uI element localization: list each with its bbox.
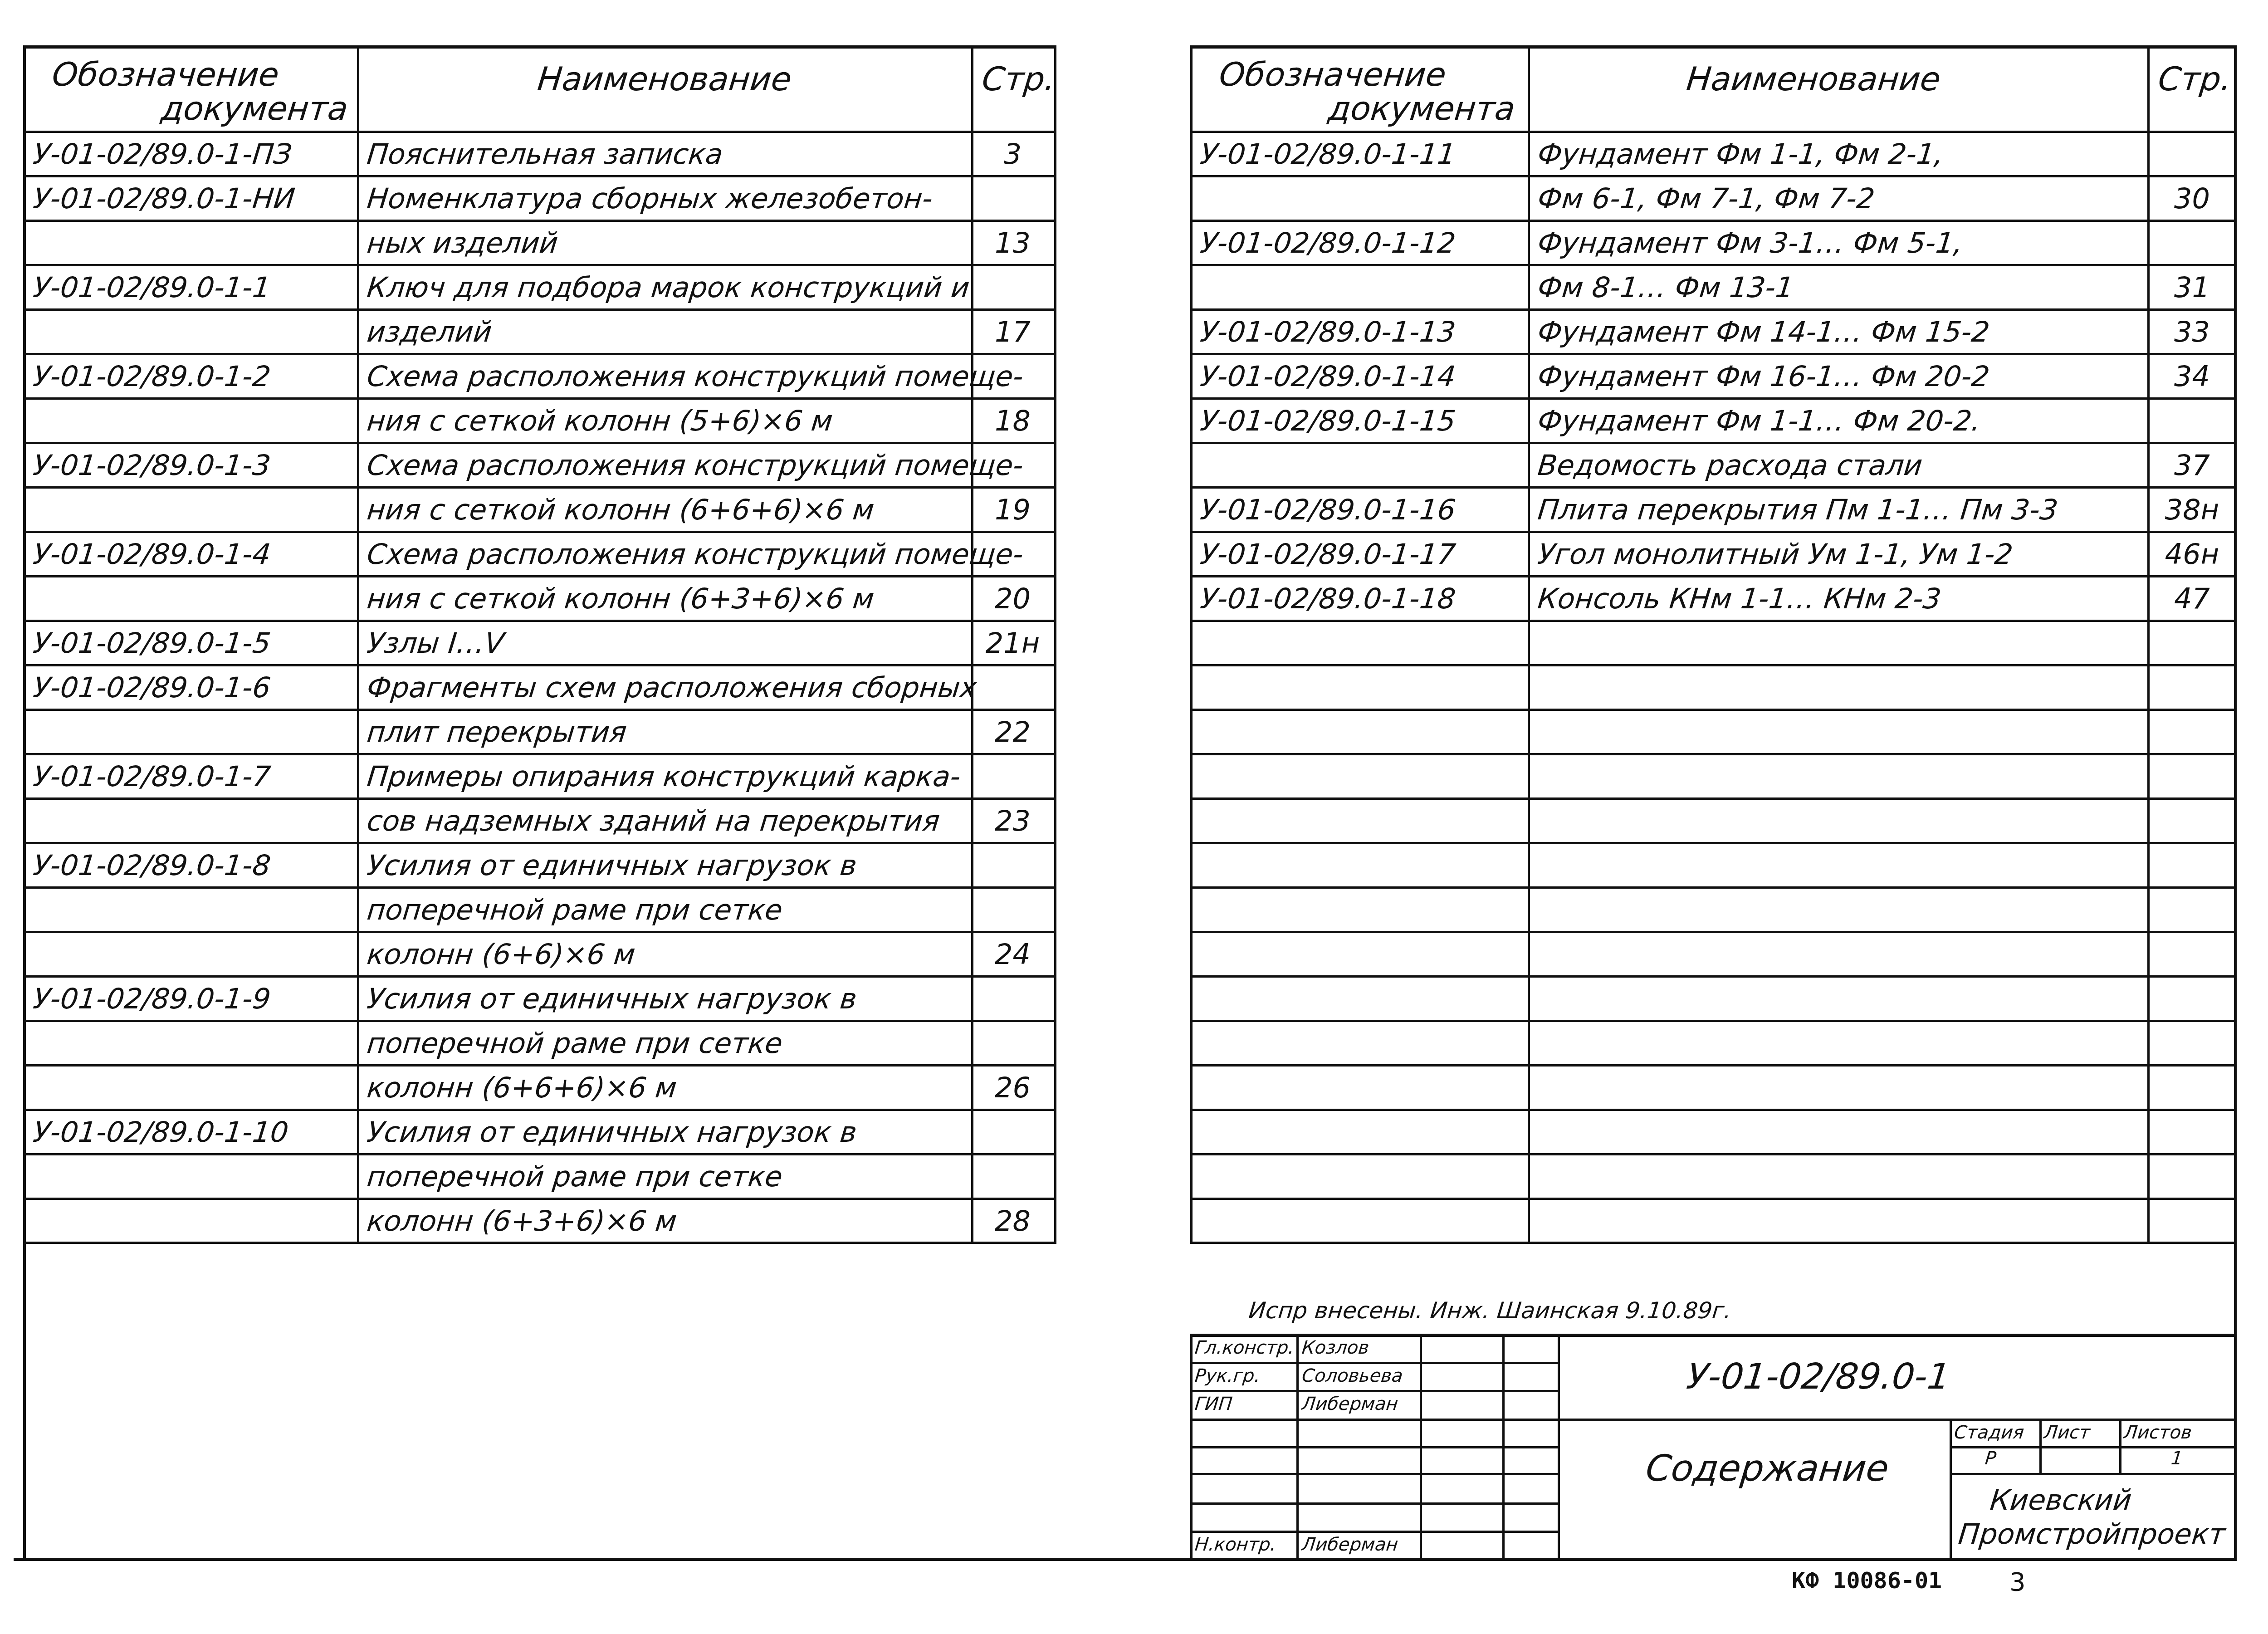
document-code-cell xyxy=(1198,889,1202,929)
table-row: У-01-02/89.0-1-18Консоль КНм 1-1… КНм 2-… xyxy=(1190,575,2237,620)
document-code-cell: У-01-02/89.0-1-8 xyxy=(31,844,273,885)
page-number-cell xyxy=(2147,933,2237,974)
document-name-cell: изделий xyxy=(365,311,494,351)
document-code-cell: У-01-02/89.0-1-15 xyxy=(1198,400,1458,440)
archive-code: КФ 10086-01 xyxy=(1792,1567,1942,1594)
document-name-cell: Примеры опирания конструкций карка- xyxy=(365,755,963,796)
table-row xyxy=(1190,709,2237,753)
table-row xyxy=(1190,1109,2237,1153)
table-row: У-01-02/89.0-1-4Схема расположения конст… xyxy=(23,531,1056,575)
document-code-cell: У-01-02/89.0-1-18 xyxy=(1198,577,1458,618)
table-row: У-01-02/89.0-1-2Схема расположения конст… xyxy=(23,353,1056,397)
signature-row-divider xyxy=(1190,1419,1558,1421)
document-name-cell: Схема расположения конструкций помеще- xyxy=(365,444,1026,484)
page-number-cell xyxy=(971,1022,1054,1062)
table-row: У-01-02/89.0-1-1Ключ для подбора марок к… xyxy=(23,264,1056,308)
page-number-cell xyxy=(971,844,1054,885)
document-code-cell xyxy=(31,577,35,618)
document-name-cell: плит перекрытия xyxy=(365,711,629,751)
document-code-cell: У-01-02/89.0-1-10 xyxy=(31,1111,291,1151)
signature-role: Рук.гр. xyxy=(1194,1365,1261,1386)
document-code-cell xyxy=(31,711,35,751)
signature-name: Соловьева xyxy=(1301,1365,1404,1386)
table-row xyxy=(1190,842,2237,886)
table-row: колонн (6+6+6)×6 м26 xyxy=(23,1064,1056,1109)
page-number: 3 xyxy=(2009,1567,2026,1597)
document-code-cell xyxy=(1198,1200,1202,1240)
page-number-cell xyxy=(2147,666,2237,707)
table-row: У-01-02/89.0-1-5Узлы I…V21н xyxy=(23,620,1056,664)
document-name-cell: Усилия от единичных нагрузок в xyxy=(365,844,859,885)
document-name-cell: колонн (6+6+6)×6 м xyxy=(365,1067,679,1107)
page-number-cell xyxy=(971,533,1054,573)
signature-role: Гл.констр. xyxy=(1194,1337,1295,1358)
document-code-cell xyxy=(31,1022,35,1062)
document-code-cell xyxy=(31,400,35,440)
document-name-cell xyxy=(1536,800,1540,840)
document-name-cell: Фундамент Фм 16-1… Фм 20-2 xyxy=(1536,355,1992,396)
signature-name: Козлов xyxy=(1301,1337,1370,1358)
table-row xyxy=(1190,1198,2237,1242)
document-name-cell: Угол монолитный Ум 1-1, Ум 1-2 xyxy=(1536,533,2015,573)
page-number-cell: 26 xyxy=(971,1067,1054,1107)
table-row: У-01-02/89.0-1-ПЗПояснительная записка3 xyxy=(23,131,1056,175)
table-row xyxy=(1190,797,2237,842)
document-name-cell xyxy=(1536,978,1540,1018)
table-row: колонн (6+3+6)×6 м28 xyxy=(23,1198,1056,1242)
document-code-cell: У-01-02/89.0-1-14 xyxy=(1198,355,1458,396)
page-number-cell: 33 xyxy=(2147,311,2237,351)
document-code-cell xyxy=(31,800,35,840)
page-number-cell xyxy=(2147,755,2237,796)
organization-line1: Киевский xyxy=(1989,1483,2133,1517)
page-number-cell xyxy=(2147,400,2237,440)
document-code-cell: У-01-02/89.0-1-1 xyxy=(31,266,273,307)
signature-row-divider xyxy=(1190,1473,1558,1475)
sheet-title: Содержание xyxy=(1644,1447,1891,1489)
page-number-cell xyxy=(2147,1111,2237,1151)
document-code-cell: У-01-02/89.0-1-2 xyxy=(31,355,273,396)
document-code-cell: У-01-02/89.0-1-НИ xyxy=(31,177,297,218)
page-number-cell: 28 xyxy=(971,1200,1054,1240)
page-number-cell xyxy=(2147,978,2237,1018)
document-code-cell: У-01-02/89.0-1-16 xyxy=(1198,489,1458,529)
page-number-cell xyxy=(971,1155,1054,1196)
header-designation-line2: документа xyxy=(159,89,350,127)
table-row: У-01-02/89.0-1-17Угол монолитный Ум 1-1,… xyxy=(1190,531,2237,575)
page-number-cell xyxy=(971,177,1054,218)
signature-row-divider xyxy=(1190,1362,1558,1364)
document-code-cell xyxy=(1198,266,1202,307)
table-row: ния с сеткой колонн (6+6+6)×6 м19 xyxy=(23,486,1056,531)
page-number-cell: 46н xyxy=(2147,533,2237,573)
document-code-cell: У-01-02/89.0-1-3 xyxy=(31,444,273,484)
page-number-cell xyxy=(971,978,1054,1018)
document-code-cell: У-01-02/89.0-1-12 xyxy=(1198,222,1458,262)
page-number-cell: 34 xyxy=(2147,355,2237,396)
table-row: поперечной раме при сетке xyxy=(23,886,1056,931)
page-number-cell: 23 xyxy=(971,800,1054,840)
page-number-cell: 30 xyxy=(2147,177,2237,218)
page-number-cell xyxy=(2147,711,2237,751)
table-row xyxy=(1190,1153,2237,1198)
header-designation-line2: документа xyxy=(1326,89,1517,127)
header-page: Стр. xyxy=(2156,60,2234,98)
table-row: У-01-02/89.0-1-НИНоменклатура сборных же… xyxy=(23,175,1056,220)
document-name-cell: Усилия от единичных нагрузок в xyxy=(365,1111,859,1151)
table-row: ния с сеткой колонн (6+3+6)×6 м20 xyxy=(23,575,1056,620)
document-name-cell: поперечной раме при сетке xyxy=(365,1022,785,1062)
document-code-cell xyxy=(31,1067,35,1107)
document-name-cell xyxy=(1536,933,1540,974)
contents-table-right: Обозначение документа Наименование Стр. … xyxy=(1190,46,2237,1244)
table-row xyxy=(1190,975,2237,1020)
document-name-cell: Фрагменты схем расположения сборных xyxy=(365,666,979,707)
document-name-cell: поперечной раме при сетке xyxy=(365,889,785,929)
document-code-cell xyxy=(1198,711,1202,751)
page-number-cell xyxy=(2147,222,2237,262)
document-name-cell: Фундамент Фм 1-1, Фм 2-1, xyxy=(1536,133,1945,173)
header-name: Наименование xyxy=(1685,60,1942,98)
document-name-cell: Фундамент Фм 1-1… Фм 20-2. xyxy=(1536,400,1983,440)
document-code-cell: У-01-02/89.0-1-6 xyxy=(31,666,273,707)
document-name-cell: Узлы I…V xyxy=(365,622,506,662)
title-block: Гл.констр.КозловРук.гр.СоловьеваГИПЛибер… xyxy=(1190,1334,2237,1559)
table-row: У-01-02/89.0-1-12Фундамент Фм 3-1… Фм 5-… xyxy=(1190,220,2237,264)
document-code-cell xyxy=(1198,177,1202,218)
page-number-cell xyxy=(971,889,1054,929)
header-name: Наименование xyxy=(536,60,793,98)
table-row: сов надземных зданий на перекрытия23 xyxy=(23,797,1056,842)
table-row: поперечной раме при сетке xyxy=(23,1153,1056,1198)
document-name-cell xyxy=(1536,755,1540,796)
document-name-cell: ния с сеткой колонн (5+6)×6 м xyxy=(365,400,835,440)
table-row: Фм 8-1… Фм 13-131 xyxy=(1190,264,2237,308)
table-row xyxy=(1190,931,2237,975)
document-name-cell: поперечной раме при сетке xyxy=(365,1155,785,1196)
header-designation-line1: Обозначение xyxy=(1217,55,1448,93)
page-number-cell: 38н xyxy=(2147,489,2237,529)
table-row: ных изделий13 xyxy=(23,220,1056,264)
document-name-cell xyxy=(1536,1155,1540,1196)
page-number-cell xyxy=(2147,1200,2237,1240)
table-row: ния с сеткой колонн (5+6)×6 м18 xyxy=(23,397,1056,442)
document-name-cell: ных изделий xyxy=(365,222,560,262)
document-code-cell xyxy=(1198,622,1202,662)
sheets-value: 1 xyxy=(2170,1448,2184,1469)
page-number-cell xyxy=(2147,1022,2237,1062)
document-code-cell xyxy=(31,311,35,351)
stage-value: Р xyxy=(1984,1448,1997,1469)
document-code-cell: У-01-02/89.0-1-9 xyxy=(31,978,273,1018)
contents-table-left: Обозначение документа Наименование Стр. … xyxy=(23,46,1056,1244)
document-code-cell xyxy=(31,889,35,929)
page-number-cell: 13 xyxy=(971,222,1054,262)
signature-row-divider xyxy=(1190,1531,1558,1533)
document-name-cell: Плита перекрытия Пм 1-1… Пм 3-3 xyxy=(1536,489,2060,529)
document-code-cell xyxy=(31,489,35,529)
sheets-label: Листов xyxy=(2123,1422,2193,1443)
table-row: У-01-02/89.0-1-11Фундамент Фм 1-1, Фм 2-… xyxy=(1190,131,2237,175)
document-code-cell xyxy=(31,1200,35,1240)
document-code-cell: У-01-02/89.0-1-5 xyxy=(31,622,273,662)
table-row: Фм 6-1, Фм 7-1, Фм 7-230 xyxy=(1190,175,2237,220)
page-number-cell xyxy=(971,444,1054,484)
page-number-cell xyxy=(2147,1067,2237,1107)
document-name-cell xyxy=(1536,889,1540,929)
document-code-cell xyxy=(31,1155,35,1196)
page-number-cell xyxy=(971,666,1054,707)
page-number-cell: 19 xyxy=(971,489,1054,529)
document-code-cell xyxy=(1198,755,1202,796)
document-code-cell: У-01-02/89.0-1-13 xyxy=(1198,311,1458,351)
signature-name: Либерман xyxy=(1301,1534,1399,1555)
header-page: Стр. xyxy=(980,60,1057,98)
document-name-cell: Фундамент Фм 3-1… Фм 5-1, xyxy=(1536,222,1965,262)
document-name-cell xyxy=(1536,622,1540,662)
document-code-cell xyxy=(1198,800,1202,840)
document-name-cell: сов надземных зданий на перекрытия xyxy=(365,800,942,840)
table-row: У-01-02/89.0-1-3Схема расположения конст… xyxy=(23,442,1056,486)
table-row: колонн (6+6)×6 м24 xyxy=(23,931,1056,975)
page-number-cell xyxy=(2147,889,2237,929)
document-name-cell: Ведомость расхода стали xyxy=(1536,444,1925,484)
document-code-cell xyxy=(1198,1067,1202,1107)
page-number-cell xyxy=(971,355,1054,396)
table-row xyxy=(1190,753,2237,797)
document-name-cell: Фундамент Фм 14-1… Фм 15-2 xyxy=(1536,311,1992,351)
page-number-cell xyxy=(971,755,1054,796)
page-number-cell: 37 xyxy=(2147,444,2237,484)
document-name-cell: Номенклатура сборных железобетон- xyxy=(365,177,935,218)
document-code: У-01-02/89.0-1 xyxy=(1685,1356,1952,1397)
document-name-cell: Фм 6-1, Фм 7-1, Фм 7-2 xyxy=(1536,177,1877,218)
table-row xyxy=(1190,886,2237,931)
page-number-cell: 47 xyxy=(2147,577,2237,618)
document-name-cell: колонн (6+6)×6 м xyxy=(365,933,637,974)
table-row: У-01-02/89.0-1-14Фундамент Фм 16-1… Фм 2… xyxy=(1190,353,2237,397)
signature-row-divider xyxy=(1190,1390,1558,1392)
page-number-cell xyxy=(2147,622,2237,662)
document-name-cell xyxy=(1536,1022,1540,1062)
document-name-cell: Схема расположения конструкций помеще- xyxy=(365,533,1026,573)
table-row: У-01-02/89.0-1-6Фрагменты схем расположе… xyxy=(23,664,1056,709)
document-code-cell xyxy=(1198,666,1202,707)
page-number-cell xyxy=(2147,1155,2237,1196)
page-number-cell: 22 xyxy=(971,711,1054,751)
document-name-cell: Фм 8-1… Фм 13-1 xyxy=(1536,266,1796,307)
document-code-cell: У-01-02/89.0-1-17 xyxy=(1198,533,1458,573)
table-row xyxy=(1190,1020,2237,1064)
signature-name: Либерман xyxy=(1301,1394,1399,1414)
document-name-cell xyxy=(1536,1067,1540,1107)
table-row: У-01-02/89.0-1-13Фундамент Фм 14-1… Фм 1… xyxy=(1190,308,2237,353)
page-number-cell xyxy=(971,1111,1054,1151)
signature-role: Н.контр. xyxy=(1194,1534,1277,1555)
table-row: У-01-02/89.0-1-15Фундамент Фм 1-1… Фм 20… xyxy=(1190,397,2237,442)
table-row: У-01-02/89.0-1-8Усилия от единичных нагр… xyxy=(23,842,1056,886)
table-row: изделий17 xyxy=(23,308,1056,353)
signature-row-divider xyxy=(1190,1446,1558,1448)
page-number-cell: 21н xyxy=(971,622,1054,662)
signature-role: ГИП xyxy=(1194,1394,1233,1414)
page-number-cell xyxy=(2147,844,2237,885)
document-code-cell xyxy=(31,222,35,262)
sheet-label: Лист xyxy=(2043,1422,2091,1443)
document-code-cell: У-01-02/89.0-1-7 xyxy=(31,755,273,796)
document-code-cell xyxy=(1198,1022,1202,1062)
table-row: плит перекрытия22 xyxy=(23,709,1056,753)
document-name-cell: Ключ для подбора марок конструкций и xyxy=(365,266,972,307)
document-code-cell xyxy=(1198,844,1202,885)
table-row xyxy=(1190,620,2237,664)
page-number-cell xyxy=(971,266,1054,307)
page-number-cell xyxy=(2147,133,2237,173)
document-code-cell xyxy=(1198,444,1202,484)
page-number-cell: 3 xyxy=(971,133,1054,173)
organization-line2: Промстройпроект xyxy=(1957,1517,2227,1551)
document-name-cell xyxy=(1536,1111,1540,1151)
table-row xyxy=(1190,1064,2237,1109)
page-number-cell: 18 xyxy=(971,400,1054,440)
document-name-cell: Консоль КНм 1-1… КНм 2-3 xyxy=(1536,577,1943,618)
table-row: поперечной раме при сетке xyxy=(23,1020,1056,1064)
table-row xyxy=(1190,664,2237,709)
document-code-cell: У-01-02/89.0-1-ПЗ xyxy=(31,133,294,173)
document-name-cell: ния с сеткой колонн (6+6+6)×6 м xyxy=(365,489,876,529)
document-name-cell xyxy=(1536,711,1540,751)
document-code-cell: У-01-02/89.0-1-4 xyxy=(31,533,273,573)
document-name-cell: колонн (6+3+6)×6 м xyxy=(365,1200,679,1240)
header-designation-line1: Обозначение xyxy=(50,55,281,93)
document-name-cell: ния с сеткой колонн (6+3+6)×6 м xyxy=(365,577,876,618)
revision-note: Испр внесены. Инж. Шаинская 9.10.89г. xyxy=(1247,1297,1733,1324)
document-name-cell: Усилия от единичных нагрузок в xyxy=(365,978,859,1018)
document-code-cell xyxy=(1198,978,1202,1018)
table-row: У-01-02/89.0-1-16Плита перекрытия Пм 1-1… xyxy=(1190,486,2237,531)
document-code-cell xyxy=(1198,1111,1202,1151)
signature-row-divider xyxy=(1190,1502,1558,1505)
document-code-cell: У-01-02/89.0-1-11 xyxy=(1198,133,1458,173)
page-number-cell: 31 xyxy=(2147,266,2237,307)
table-row: У-01-02/89.0-1-9Усилия от единичных нагр… xyxy=(23,975,1056,1020)
page-number-cell: 17 xyxy=(971,311,1054,351)
document-code-cell xyxy=(31,933,35,974)
page-number-cell: 24 xyxy=(971,933,1054,974)
table-row: У-01-02/89.0-1-7Примеры опирания констру… xyxy=(23,753,1056,797)
document-name-cell: Схема расположения конструкций помеще- xyxy=(365,355,1026,396)
table-row: Ведомость расхода стали37 xyxy=(1190,442,2237,486)
document-name-cell xyxy=(1536,666,1540,707)
stage-label: Стадия xyxy=(1953,1422,2025,1443)
document-code-cell xyxy=(1198,1155,1202,1196)
document-name-cell: Пояснительная записка xyxy=(365,133,725,173)
document-name-cell xyxy=(1536,844,1540,885)
document-name-cell xyxy=(1536,1200,1540,1240)
page-number-cell: 20 xyxy=(971,577,1054,618)
document-code-cell xyxy=(1198,933,1202,974)
page-number-cell xyxy=(2147,800,2237,840)
table-row: У-01-02/89.0-1-10Усилия от единичных наг… xyxy=(23,1109,1056,1153)
